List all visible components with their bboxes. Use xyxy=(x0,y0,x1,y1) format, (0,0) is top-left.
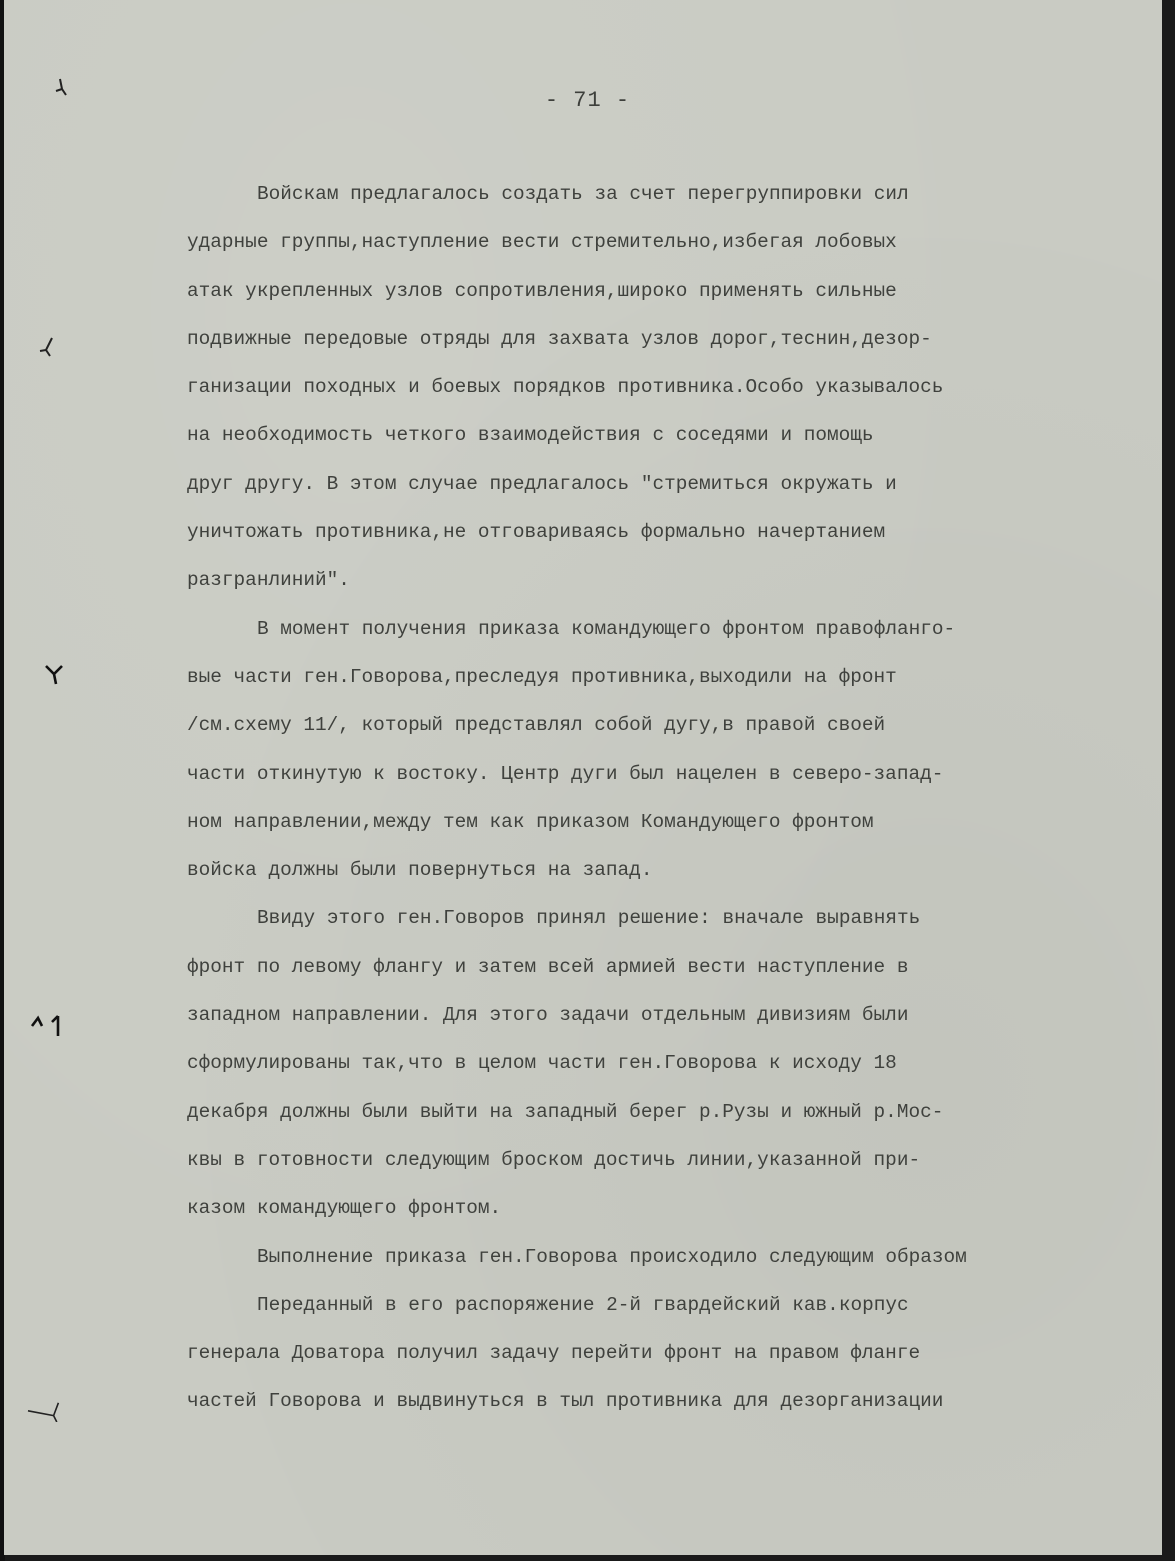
text-line: ударные группы,наступление вести стремит… xyxy=(187,218,1147,266)
page-number: - 71 - xyxy=(0,88,1175,113)
text-line: сформулированы так,что в целом части ген… xyxy=(187,1039,1147,1087)
text-line: ганизации походных и боевых порядков про… xyxy=(187,363,1147,411)
text-line: разгранлиний". xyxy=(187,556,1147,604)
text-line: подвижные передовые отряды для захвата у… xyxy=(187,315,1147,363)
text-line: части откинутую к востоку. Центр дуги бы… xyxy=(187,750,1147,798)
text-line: В момент получения приказа командующего … xyxy=(187,605,1147,653)
binding-hole-mark xyxy=(36,336,56,360)
text-line: уничтожать противника,не отговариваясь ф… xyxy=(187,508,1147,556)
text-line: вые части ген.Говорова,преследуя противн… xyxy=(187,653,1147,701)
text-line: войска должны были повернуться на запад. xyxy=(187,846,1147,894)
text-line: ном направлении,между тем как приказом К… xyxy=(187,798,1147,846)
text-line: Ввиду этого ген.Говоров принял решение: … xyxy=(187,894,1147,942)
text-line: квы в готовности следующим броском дости… xyxy=(187,1136,1147,1184)
text-line: атак укрепленных узлов сопротивления,шир… xyxy=(187,267,1147,315)
typewritten-text-body: Войскам предлагалось создать за счет пер… xyxy=(187,170,1147,1426)
text-line: Выполнение приказа ген.Говорова происход… xyxy=(187,1233,1147,1281)
text-line: /см.схему 11/, который представлял собой… xyxy=(187,701,1147,749)
text-line: на необходимость четкого взаимодействия … xyxy=(187,411,1147,459)
text-line: частей Говорова и выдвинуться в тыл прот… xyxy=(187,1377,1147,1425)
binding-hole-mark xyxy=(44,662,64,686)
text-line: генерала Доватора получил задачу перейти… xyxy=(187,1329,1147,1377)
text-line: друг другу. В этом случае предлагалось "… xyxy=(187,460,1147,508)
text-line: Переданный в его распоряжение 2-й гварде… xyxy=(187,1281,1147,1329)
text-line: западном направлении. Для этого задачи о… xyxy=(187,991,1147,1039)
text-line: казом командующего фронтом. xyxy=(187,1184,1147,1232)
text-line: фронт по левому флангу и затем всей арми… xyxy=(187,943,1147,991)
binding-hole-mark xyxy=(28,1014,68,1038)
text-line: декабря должны были выйти на западный бе… xyxy=(187,1088,1147,1136)
text-line: Войскам предлагалось создать за счет пер… xyxy=(187,170,1147,218)
binding-hole-mark xyxy=(22,1398,66,1422)
